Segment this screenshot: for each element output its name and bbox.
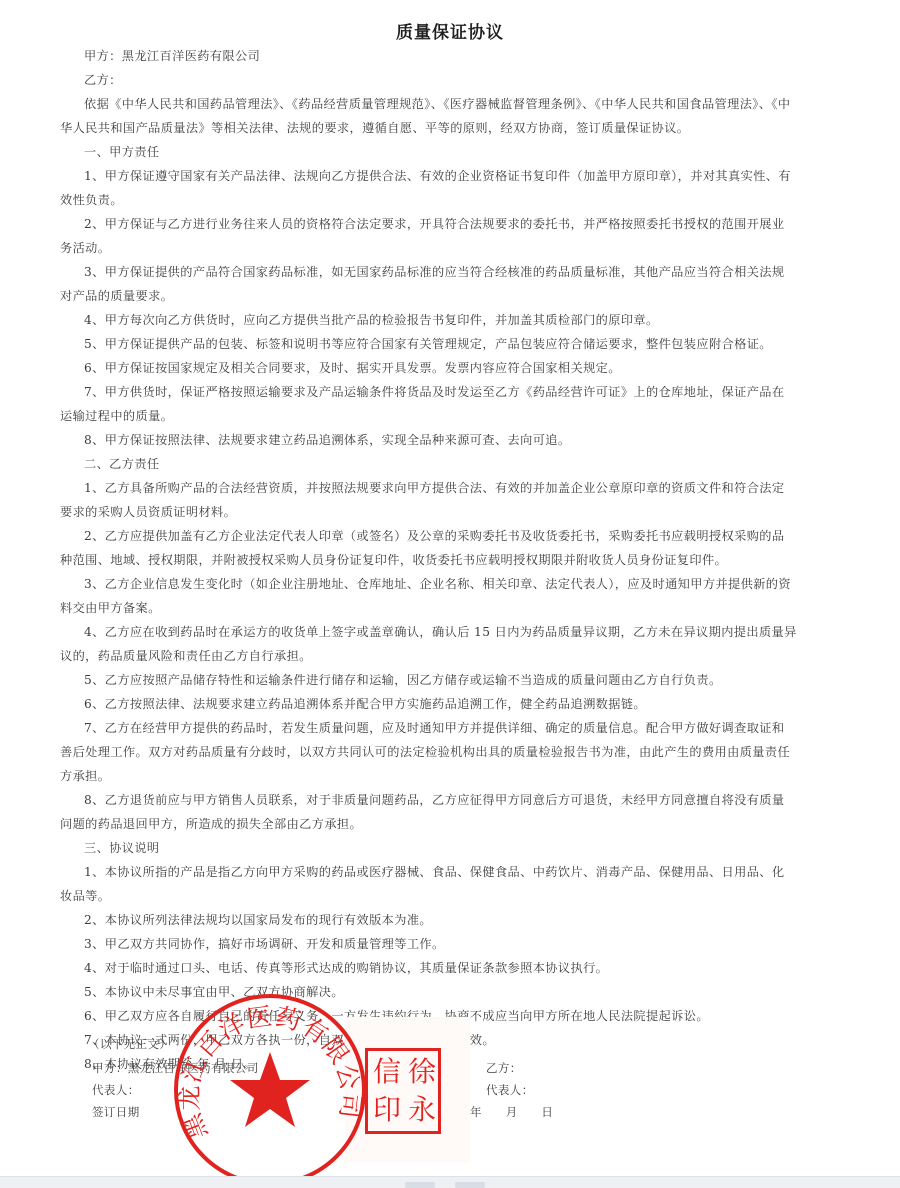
clause-line: 2、甲方保证与乙方进行业务往来人员的资格符合法定要求，开具符合法规要求的委托书，… [84,215,784,233]
clause-line: 效性负责。 [60,191,123,209]
clause-line: 6、乙方按照法律、法规要求建立药品追溯体系并配合甲方实施药品追溯工作，健全药品追… [84,695,646,713]
clause-line: 4、乙方应在收到药品时在承运方的收货单上签字或盖章确认，确认后 15 日内为药品… [84,623,797,641]
section-heading: 三、协议说明 [84,839,160,857]
clause-line: 妆品等。 [60,887,110,905]
clause-line: 务活动。 [60,239,110,257]
clause-line: 3、甲方保证提供的产品符合国家药品标准，如无国家药品标准的应当符合经核准的药品质… [84,263,784,281]
party-a-line: 甲方：黑龙江百洋医药有限公司 [84,47,260,65]
page-nav-button[interactable] [455,1182,485,1188]
seal-char: 永 [405,1095,439,1125]
clause-line: 6、甲方保证按国家规定及相关合同要求，及时、据实开具发票。发票内容应符合国家相关… [84,359,621,377]
seal-char: 印 [370,1095,404,1125]
party-b-line: 乙方： [84,71,122,89]
document-page: 质量保证协议 甲方：黑龙江百洋医药有限公司 乙方： 依据《中华人民共和国药品管理… [0,0,900,1176]
clause-line: 对产品的质量要求。 [60,287,173,305]
section-heading: 二、乙方责任 [84,455,160,473]
seal-char: 徐 [405,1057,439,1087]
signature-party-b: 乙方： [486,1059,522,1077]
clause-line: 要求的采购人员资质证明材料。 [60,503,236,521]
clause-line: 问题的药品退回甲方，所造成的损失全部由乙方承担。 [60,815,362,833]
clause-line: 4、甲方每次向乙方供货时，应向乙方提供当批产品的检验报告书复印件，并加盖其质检部… [84,311,659,329]
preamble-line-1: 依据《中华人民共和国药品管理法》、《药品经营质量管理规范》、《医疗器械监督管理条… [84,95,790,113]
clause-line: 1、本协议所指的产品是指乙方向甲方采购的药品或医疗器械、食品、保健食品、中药饮片… [84,863,784,881]
clause-line: 2、乙方应提供加盖有乙方企业法定代表人印章（或签名）及公章的采购委托书及收货委托… [84,527,784,545]
clause-line: 2、本协议所列法律法规均以国家局发布的现行有效版本为准。 [84,911,432,929]
clause-line: 5、本协议中未尽事宜由甲、乙双方协商解决。 [84,983,344,1001]
clause-line: 议的，药品质量风险和责任由乙方自行承担。 [60,647,312,665]
clause-line: 4、对于临时通过口头、电话、传真等形式达成的购销协议，其质量保证条款参照本协议执… [84,959,608,977]
signature-date-fields: 年 月 日 [470,1103,553,1121]
clause-line: 3、甲乙双方共同协作，搞好市场调研、开发和质量管理等工作。 [84,935,445,953]
clause-line: 运输过程中的质量。 [60,407,173,425]
section-heading: 一、甲方责任 [84,143,160,161]
clause-line: 1、甲方保证遵守国家有关产品法律、法规向乙方提供合法、有效的企业资格证书复印件（… [84,167,791,185]
signature-date-label: 签订日期 [92,1103,140,1121]
clause-line: 方承担。 [60,767,110,785]
page-nav-button[interactable] [405,1182,435,1188]
clause-line: 3、乙方企业信息发生变化时（如企业注册地址、仓库地址、企业名称、相关印章、法定代… [84,575,791,593]
personal-seal-stamp: 徐 永 信 印 [365,1048,441,1134]
clause-line: 种范围、地域、授权期限，并附被授权采购人员身份证复印件，收货委托书应载明授权期限… [60,551,727,569]
document-title: 质量保证协议 [0,18,900,43]
signature-rep-b: 代表人： [486,1081,534,1099]
clause-line: 8、乙方退货前应与甲方销售人员联系，对于非质量问题药品，乙方应征得甲方同意后方可… [84,791,784,809]
clause-line: 5、甲方保证提供产品的包装、标签和说明书等应符合国家有关管理规定，产品包装应符合… [84,335,772,353]
signature-party-a: 甲方：黑龙江百洋医药有限公司 [92,1059,259,1077]
signature-rep-a: 代表人： [92,1081,140,1099]
viewer-bottom-bar [0,1176,900,1188]
clause-line: 8、甲方保证按照法律、法规要求建立药品追溯体系，实现全品种来源可查、去向可追。 [84,431,570,449]
seal-char: 信 [370,1057,404,1087]
preamble-line-2: 华人民共和国产品质量法》等相关法律、法规的要求，遵循自愿、平等的原则，经双方协商… [60,119,689,137]
clause-line: 5、乙方应按照产品储存特性和运输条件进行储存和运输，因乙方储存或运输不当造成的质… [84,671,722,689]
clause-line: 7、乙方在经营甲方提供的药品时，若发生质量问题，应及时通知甲方并提供详细、确定的… [84,719,784,737]
end-note: （以下无正文） [88,1035,171,1053]
clause-line: 善后处理工作。双方对药品质量有分歧时，以双方共同认可的法定检验机构出具的质量检验… [60,743,790,761]
clause-line: 7、甲方供货时，保证严格按照运输要求及产品运输条件将货品及时发运至乙方《药品经营… [84,383,784,401]
clause-line: 1、乙方具备所购产品的合法经营资质，并按照法规要求向甲方提供合法、有效的并加盖企… [84,479,784,497]
clause-line: 料交由甲方备案。 [60,599,161,617]
